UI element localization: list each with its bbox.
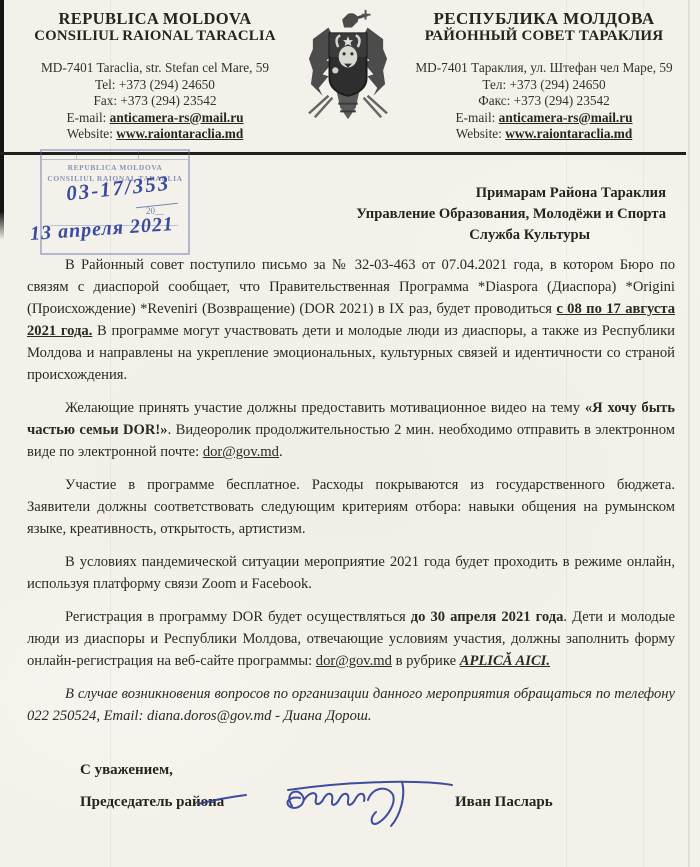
addressee-block: Примарам Района Тараклия Управление Обра…	[206, 183, 666, 246]
letterhead-left: REPUBLICA MOLDOVA CONSILIUL RAIONAL TARA…	[14, 10, 296, 143]
fax-ru: Факс: +373 (294) 23542	[400, 93, 688, 110]
text-segment: В программе могут участвовать дети и мол…	[27, 323, 675, 383]
email-label: E-mail:	[455, 110, 498, 125]
email-line-ro: E-mail: anticamera-rs@mail.ru	[14, 110, 296, 127]
country-name-ro: REPUBLICA MOLDOVA	[14, 10, 296, 28]
addressee-line-2: Управление Образования, Молодёжи и Спорт…	[206, 204, 666, 225]
aplica-aici-highlight: APLICĂ AICI.	[460, 653, 550, 669]
website-line-ru: Website: www.raiontaraclia.md	[400, 126, 688, 143]
text-segment: в рубрике	[392, 653, 460, 669]
paragraph-4: В условиях пандемической ситуации меропр…	[27, 551, 675, 595]
letterhead-right: РЕСПУБЛИКА МОЛДОВА РАЙОННЫЙ СОВЕТ ТАРАКЛ…	[400, 10, 688, 143]
website-address: www.raiontaraclia.md	[116, 126, 243, 141]
stamp-tick	[76, 151, 77, 159]
handwritten-signature-ink	[192, 776, 462, 836]
email-address: anticamera-rs@mail.ru	[110, 110, 244, 125]
signer-name: Иван Пасларь	[455, 794, 553, 811]
paragraph-1: В Районный совет поступило письмо за № 3…	[27, 254, 675, 386]
letter-body: В Районный совет поступило письмо за № 3…	[27, 254, 675, 738]
deadline-highlight: до 30 апреля 2021 года	[411, 609, 564, 625]
addressee-line-3: Служба Культуры	[206, 225, 666, 246]
dor-email: dor@gov.md	[316, 653, 392, 669]
moldova-coat-of-arms-icon	[299, 6, 397, 128]
scan-edge-shadow	[0, 0, 4, 240]
salutation: С уважением,	[80, 762, 173, 779]
phone-ro: Tel: +373 (294) 24650	[14, 77, 296, 94]
email-line-ru: E-mail: anticamera-rs@mail.ru	[400, 110, 688, 127]
text-segment: .	[279, 444, 283, 460]
address-ru: MD-7401 Тараклия, ул. Штефан чел Маре, 5…	[400, 60, 688, 77]
address-ro: MD-7401 Taraclia, str. Stefan cel Mare, …	[14, 60, 296, 77]
paper-crease	[688, 0, 690, 867]
website-address: www.raiontaraclia.md	[505, 126, 632, 141]
website-line-ro: Website: www.raiontaraclia.md	[14, 126, 296, 143]
website-label: Website:	[67, 126, 117, 141]
paragraph-6-contact: В случае возникновения вопросов по орган…	[27, 683, 675, 727]
email-label: E-mail:	[66, 110, 109, 125]
email-address: anticamera-rs@mail.ru	[499, 110, 633, 125]
phone-ru: Тел: +373 (294) 24650	[400, 77, 688, 94]
fax-ro: Fax: +373 (294) 23542	[14, 93, 296, 110]
paragraph-2: Желающие принять участие должны предоста…	[27, 397, 675, 463]
text-segment: Желающие принять участие должны предоста…	[65, 400, 585, 416]
paragraph-3: Участие в программе бесплатное. Расходы …	[27, 474, 675, 540]
country-name-ru: РЕСПУБЛИКА МОЛДОВА	[400, 10, 688, 28]
council-name-ro: CONSILIUL RAIONAL TARACLIA	[14, 28, 296, 45]
council-name-ru: РАЙОННЫЙ СОВЕТ ТАРАКЛИЯ	[400, 28, 688, 45]
addressee-line-1: Примарам Района Тараклия	[206, 183, 666, 204]
paragraph-5: Регистрация в программу DOR будет осущес…	[27, 606, 675, 672]
dor-email: dor@gov.md	[203, 444, 279, 460]
scanned-letter-page: REPUBLICA MOLDOVA CONSILIUL RAIONAL TARA…	[0, 0, 700, 867]
text-segment: Регистрация в программу DOR будет осущес…	[65, 609, 411, 625]
stamp-tick	[138, 151, 139, 159]
stamp-line	[42, 159, 188, 160]
website-label: Website:	[456, 126, 506, 141]
